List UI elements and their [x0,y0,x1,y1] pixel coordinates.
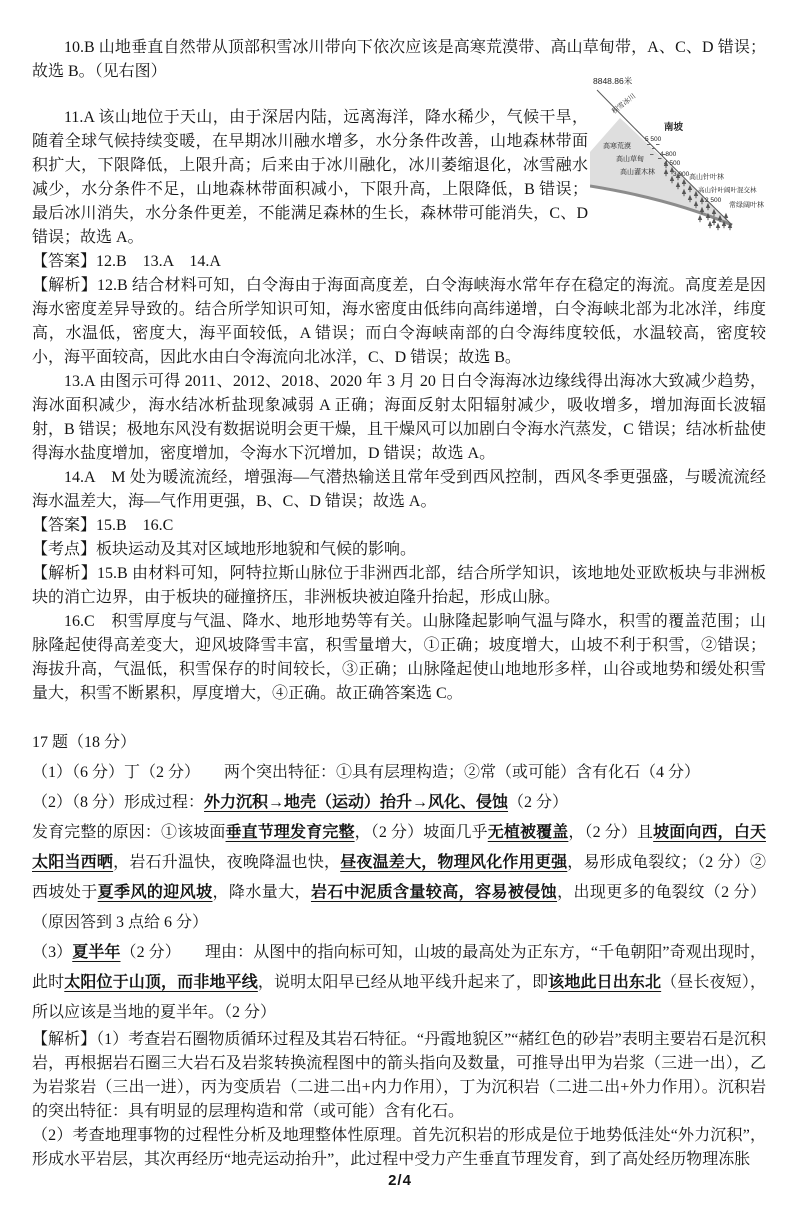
para-17-part3: （3）夏半年（2 分） 理由：从图中的指向标可知，山坡的最高处为正东方，“千龟朝… [32,938,766,1028]
elevation-3900-label: 3 900 [673,171,690,178]
keypoint-line: 【考点】板块运动及其对区域地形地貌和气候的影响。 [32,538,766,562]
question-17-title: 17 题（18 分） [32,728,766,758]
para-17-explanation-1: 【解析】（1）考查岩石圈物质循环过程及其岩石特征。“丹霞地貌区”“赭红色的砂岩”… [32,1028,766,1124]
para-17-part2-reason: 发育完整的原因：①该坡面垂直节理发育完整，（2 分）坡面几乎无植被覆盖，（2 分… [32,818,766,938]
answer-line-15-16: 【答案】15.B 16.C [32,514,766,538]
zone-alpine-meadow-label: 高山草甸 [616,154,644,163]
para-explanation-12: 【解析】12.B 结合材料可知，白令海由于海面高度差，白令海峡海水常年存在稳定的… [32,274,766,370]
question-17-answer-section: 17 题（18 分） （1）（6 分）丁（2 分） 两个突出特征：①具有层理构造… [32,728,766,1028]
para-17-part2: （2）（8 分）形成过程：外力沉积→地壳（运动）抬升→风化、侵蚀（2 分） [32,788,766,818]
para-17-explanation-2: （2）考查地理事物的过程性分析及地理整体性原理。首先沉积岩的形成是位于地势低洼处… [32,1124,766,1172]
elevation-2500-label: 2 500 [705,197,722,204]
zone-alpine-shrub-label: 高山灌木林 [620,167,655,176]
zone-mixed-forest-label: 高山针叶阔叶混交林 [698,185,757,194]
para-answer-13: 13.A 由图示可得 2011、2012、2018、2020 年 3 月 20 … [32,370,766,466]
answer-line-12-14: 【答案】12.B 13.A 14.A [32,250,766,274]
para-explanation-15: 【解析】15.B 由材料可知，阿特拉斯山脉位于非洲西北部，结合所学知识，该地地处… [32,562,766,610]
mountain-body-shape [590,118,732,225]
page-number: 2/4 [0,1172,800,1189]
para-17-part1: （1）（6 分）丁（2 分） 两个突出特征：①具有层理构造；②常（或可能）含有化… [32,758,766,788]
vertical-zonation-figure: 8848.86米 积雪冰川 南坡 5 500 4 800 4 500 3 900… [590,74,796,236]
elevation-5500-label: 5 500 [645,136,662,143]
zone-alpine-desert-label: 高寒荒漠 [603,141,631,150]
glacier-label: 积雪冰川 [610,91,638,115]
mountain-diagram: 8848.86米 积雪冰川 南坡 5 500 4 800 4 500 3 900… [590,74,796,236]
para-answer-14: 14.A M 处为暖流流经，增强海—气潜热输送且常年受到西风控制，西风冬季更强盛… [32,466,766,514]
summit-elevation-label: 8848.86米 [593,76,633,86]
zone-evergreen-forest-label: 常绿阔叶林 [729,200,764,209]
para-answer-16: 16.C 积雪厚度与气温、降水、地形地势等有关。山脉隆起影响气温与降水，积雪的覆… [32,610,766,706]
para-answer-11: 11.A 该山地位于天山，由于深居内陆，远离海洋，降水稀少，气候干旱，随着全球气… [32,106,588,250]
answer-sheet-page: 8848.86米 积雪冰川 南坡 5 500 4 800 4 500 3 900… [0,0,800,1205]
zone-coniferous-forest-label: 高山针叶林 [689,172,724,181]
south-slope-label: 南坡 [664,121,684,133]
question-17-explanation-section: 【解析】（1）考查岩石圈物质循环过程及其岩石特征。“丹霞地貌区”“赭红色的砂岩”… [32,1028,766,1172]
